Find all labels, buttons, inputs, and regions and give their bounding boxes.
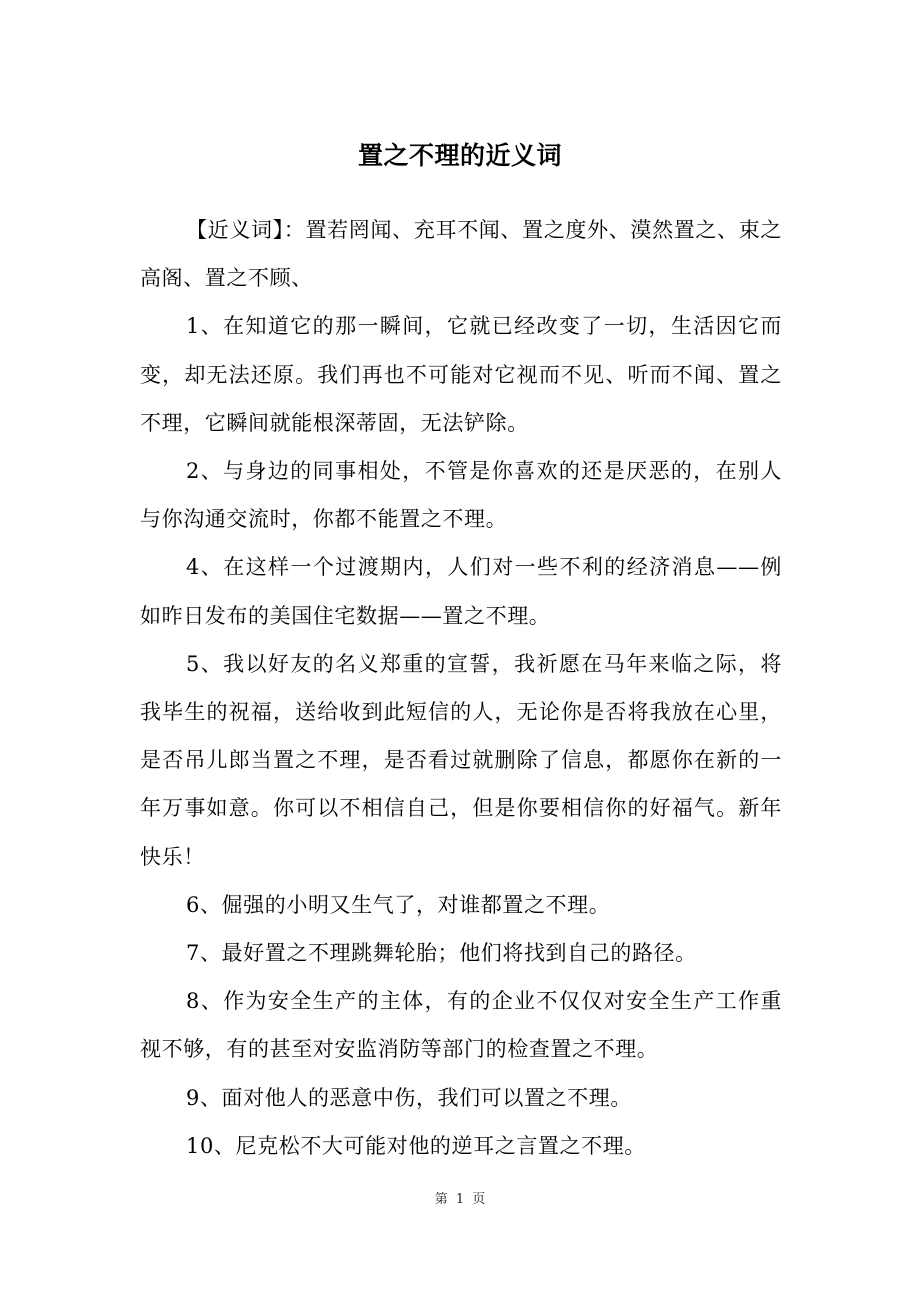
page-number: 第 1 页 — [0, 1190, 920, 1210]
document-page: 置之不理的近义词 【近义词】：置若罔闻、充耳不闻、置之度外、漠然置之、束之高阁、… — [0, 0, 920, 1302]
example-sentence-7: 7、最好置之不理跳舞轮胎；他们将找到自己的路径。 — [140, 929, 782, 977]
example-sentence-10: 10、尼克松不大可能对他的逆耳之言置之不理。 — [140, 1122, 782, 1170]
example-sentence-1: 1、在知道它的那一瞬间，它就已经改变了一切，生活因它而变，却无法还原。我们再也不… — [140, 302, 782, 447]
example-sentence-8: 8、作为安全生产的主体，有的企业不仅仅对安全生产工作重视不够，有的甚至对安监消防… — [140, 977, 782, 1073]
document-body: 【近义词】：置若罔闻、充耳不闻、置之度外、漠然置之、束之高阁、置之不顾、 1、在… — [140, 206, 782, 1170]
example-sentence-4: 4、在这样一个过渡期内，人们对一些不利的经济消息——例如昨日发布的美国住宅数据—… — [140, 543, 782, 639]
example-sentence-5: 5、我以好友的名义郑重的宣誓，我祈愿在马年来临之际，将我毕生的祝福，送给收到此短… — [140, 640, 782, 881]
example-sentence-6: 6、倔强的小明又生气了，对谁都置之不理。 — [140, 881, 782, 929]
example-sentence-2: 2、与身边的同事相处，不管是你喜欢的还是厌恶的，在别人与你沟通交流时，你都不能置… — [140, 447, 782, 543]
synonyms-paragraph: 【近义词】：置若罔闻、充耳不闻、置之度外、漠然置之、束之高阁、置之不顾、 — [140, 206, 782, 302]
document-title: 置之不理的近义词 — [0, 138, 920, 174]
example-sentence-9: 9、面对他人的恶意中伤，我们可以置之不理。 — [140, 1074, 782, 1122]
